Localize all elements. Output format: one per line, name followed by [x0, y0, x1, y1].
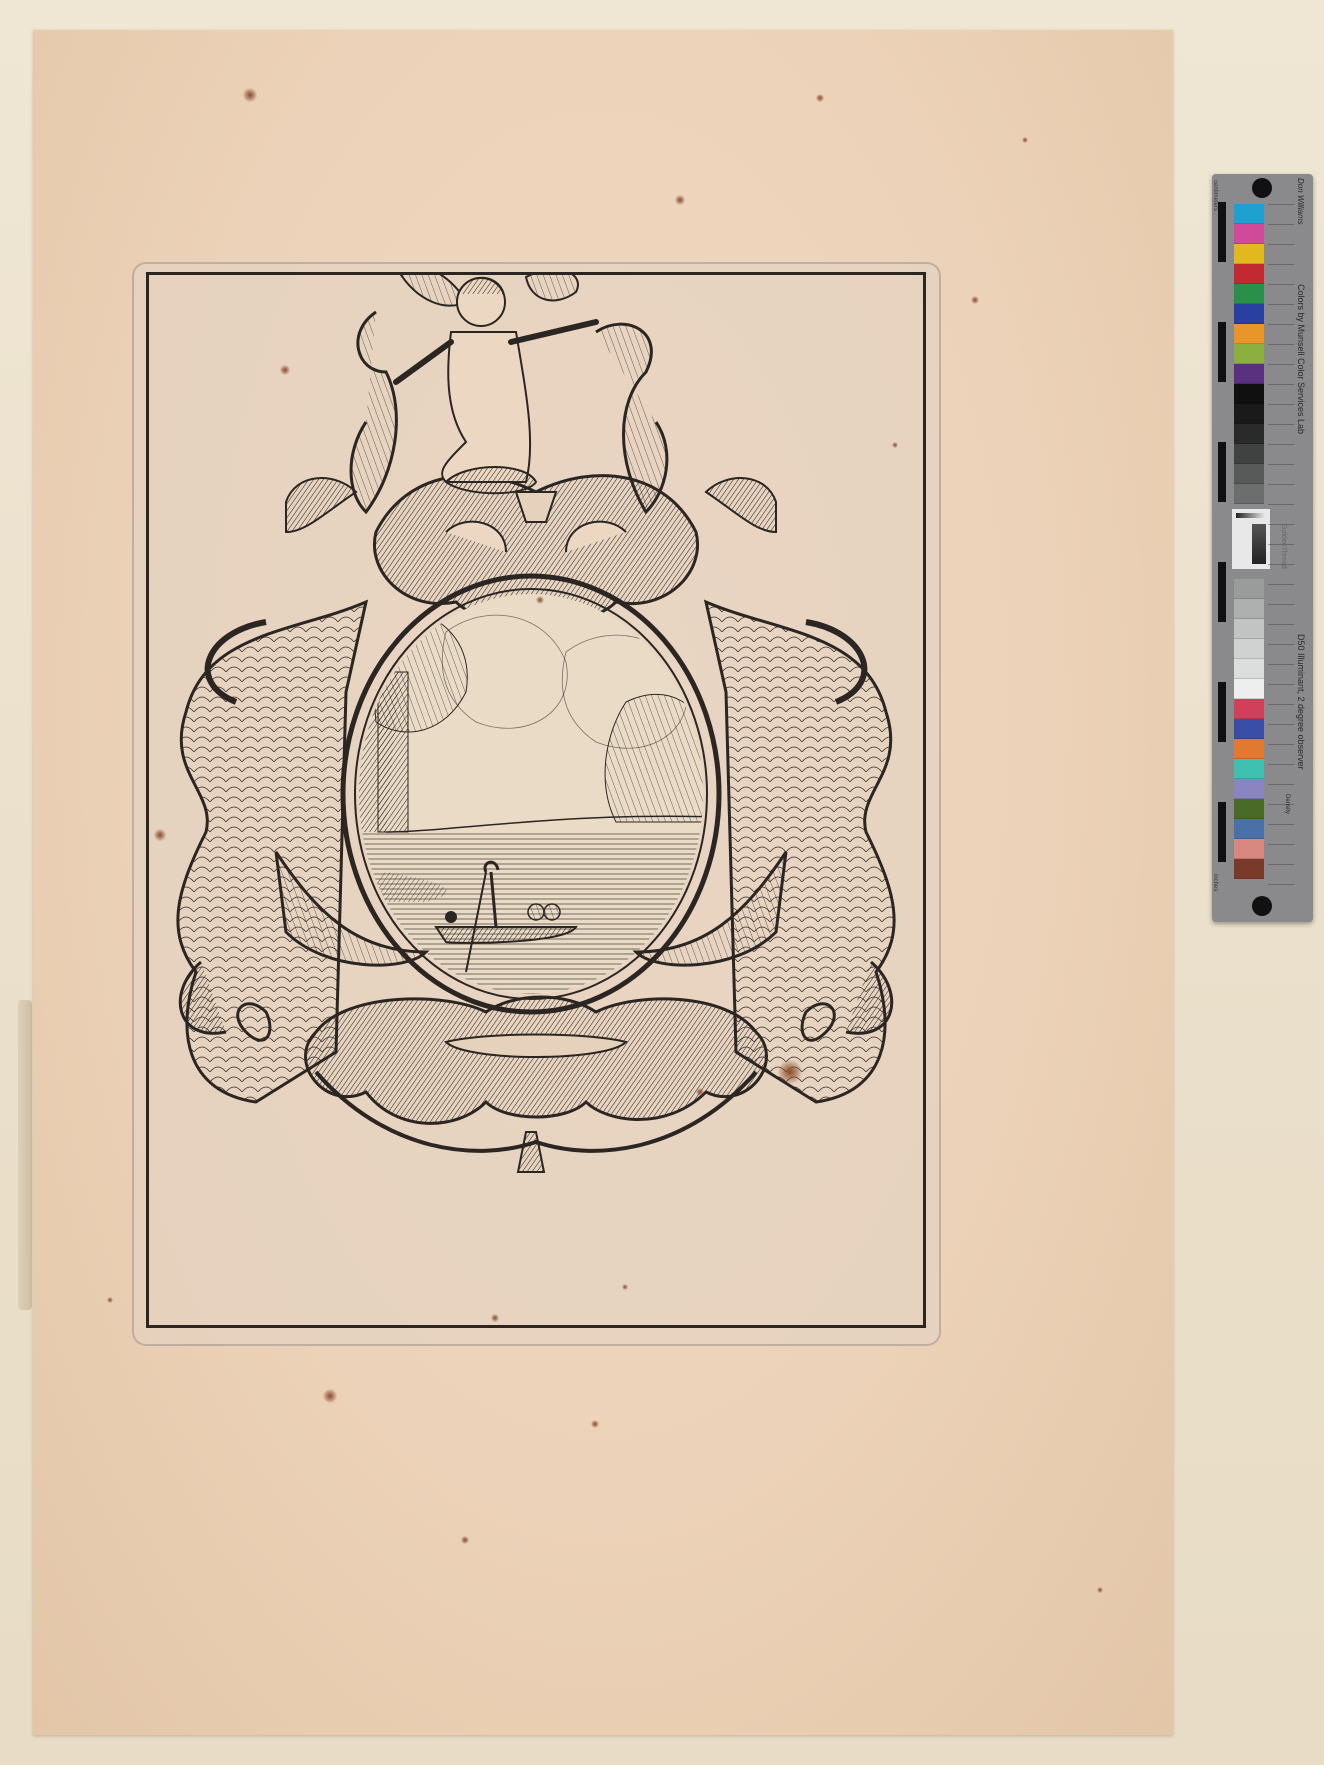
- goldenthread-card: [1232, 509, 1270, 569]
- color-patch-12: [1234, 639, 1264, 659]
- color-patch-1: [1234, 859, 1264, 879]
- color-patch-25: [1234, 304, 1264, 324]
- brand-text: Colors by Munsell Color Services Lab: [1296, 284, 1306, 434]
- color-patch-20: [1234, 404, 1264, 424]
- color-patch-29: [1234, 224, 1264, 244]
- color-patch-6: [1234, 759, 1264, 779]
- color-patches-top: [1234, 204, 1264, 504]
- color-patches-bottom: [1234, 579, 1264, 879]
- target-punch-hole-bottom: [1252, 896, 1272, 916]
- target-punch-hole-top: [1252, 178, 1272, 198]
- color-patch-13: [1234, 619, 1264, 639]
- color-patch-30: [1234, 204, 1264, 224]
- foxing-spot: [461, 1536, 469, 1544]
- foxing-spot: [591, 1420, 599, 1428]
- signature-text: Don Williams: [1296, 178, 1305, 225]
- density-label: Density: [1284, 794, 1290, 814]
- color-patch-16M: [1234, 484, 1264, 504]
- color-patch-2: [1234, 839, 1264, 859]
- color-patch-4: [1234, 799, 1264, 819]
- color-patch-3: [1234, 819, 1264, 839]
- river-landscape: [346, 582, 716, 1002]
- foxing-spot: [536, 596, 544, 604]
- foxing-spot: [675, 195, 685, 205]
- ruler-scale: [1218, 202, 1226, 892]
- foxing-spot: [778, 1060, 802, 1084]
- color-patch-26: [1234, 284, 1264, 304]
- foxing-spot: [107, 1297, 113, 1303]
- color-calibration-target: centimeters inches Colors by Munsell Col…: [1212, 174, 1313, 922]
- foxing-spot: [323, 1389, 337, 1403]
- color-patch-5: [1234, 779, 1264, 799]
- color-patch-21: [1234, 384, 1264, 404]
- foxing-spot: [154, 829, 166, 841]
- color-patch-10: [1234, 679, 1264, 699]
- tassel: [518, 1132, 544, 1172]
- putto-figure: [396, 272, 596, 493]
- color-patch-9: [1234, 699, 1264, 719]
- color-patch-14: [1234, 599, 1264, 619]
- color-patch-23: [1234, 344, 1264, 364]
- acanthus-left: [286, 312, 396, 532]
- foxing-spot: [971, 296, 979, 304]
- foxing-spot: [491, 1314, 499, 1322]
- bottom-mask: [238, 997, 835, 1172]
- maker-text: GoldenThread: [1280, 524, 1287, 569]
- foxing-spot: [243, 88, 257, 102]
- foxing-spot: [280, 365, 290, 375]
- color-patch-8: [1234, 719, 1264, 739]
- color-patch-19: [1234, 424, 1264, 444]
- foxing-spot: [1097, 1587, 1103, 1593]
- color-patch-22: [1234, 364, 1264, 384]
- color-patch-17: [1234, 464, 1264, 484]
- sheet-torn-edge: [18, 1000, 32, 1310]
- color-patch-28: [1234, 244, 1264, 264]
- foxing-spot: [622, 1284, 628, 1290]
- color-patch-27: [1234, 264, 1264, 284]
- foxing-spot: [892, 442, 898, 448]
- foxing-spot: [696, 1088, 704, 1096]
- engraving-image: [146, 272, 926, 1328]
- ruler-bottom-label: inches: [1212, 874, 1218, 891]
- color-patch-11A: [1234, 659, 1264, 679]
- color-patch-15: [1234, 579, 1264, 599]
- foxing-spot: [1022, 137, 1028, 143]
- color-patch-7: [1234, 739, 1264, 759]
- color-patch-18B: [1234, 444, 1264, 464]
- foxing-spot: [816, 94, 824, 102]
- ruler-top-label: centimeters: [1212, 180, 1218, 211]
- observer-text: D50 Illuminant, 2 degree observer: [1296, 634, 1306, 770]
- color-patch-24: [1234, 324, 1264, 344]
